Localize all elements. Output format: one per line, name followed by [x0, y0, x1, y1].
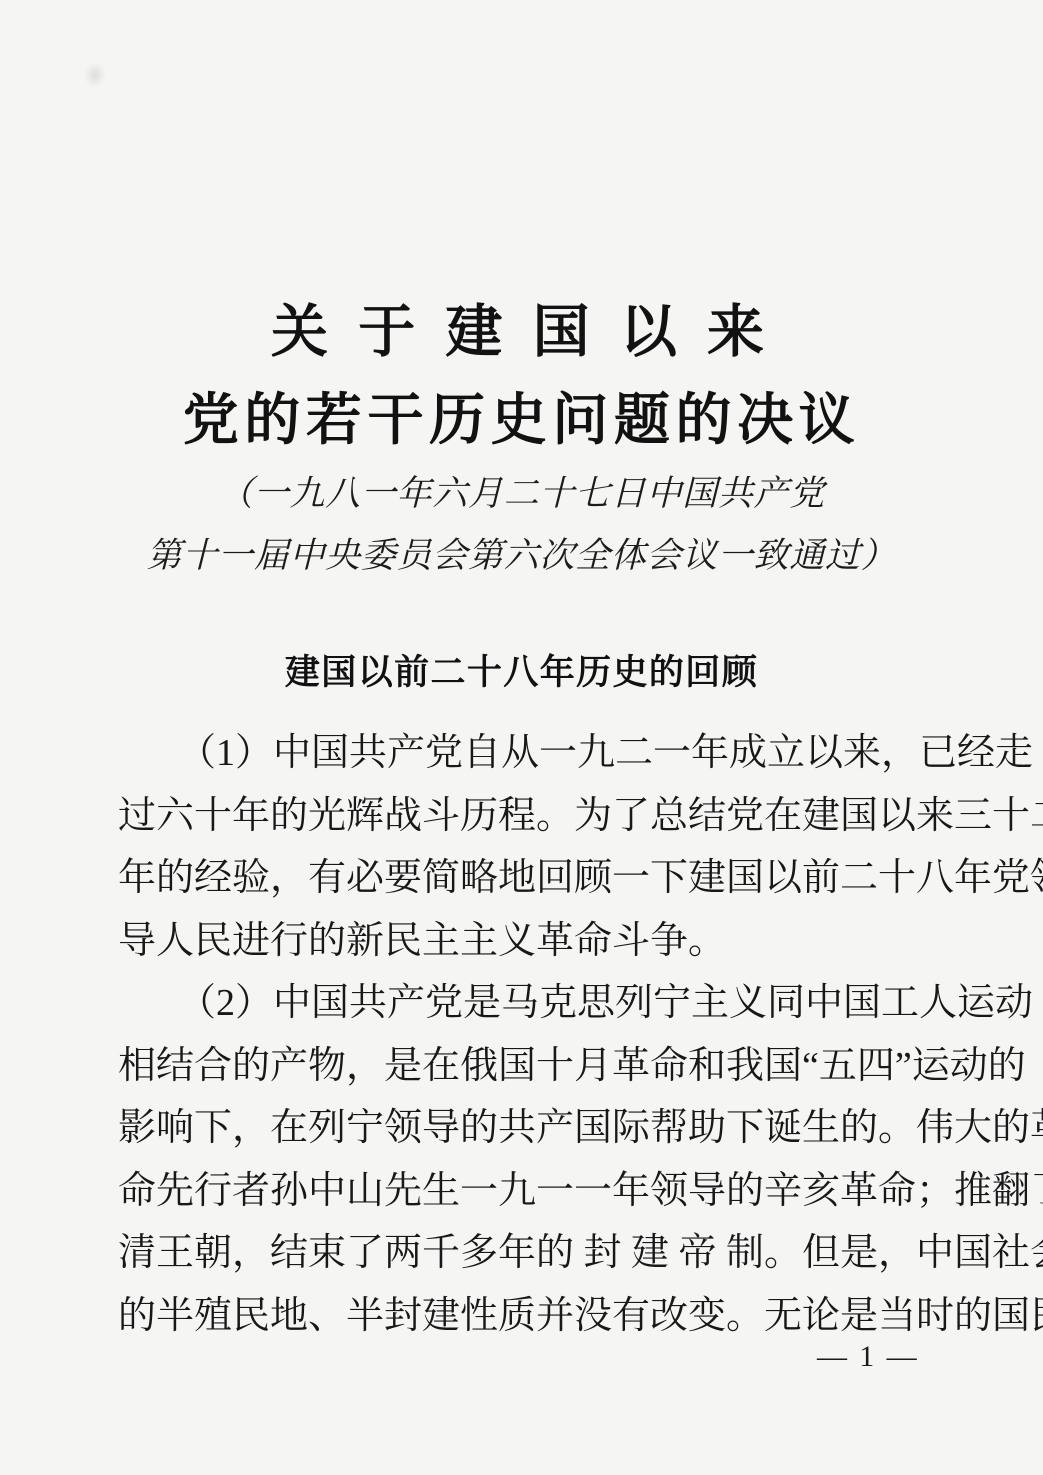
document-subtitle-line-2: 第十一届中央委员会第六次全体会议一致通过）: [0, 528, 1043, 578]
document-page: 关 于 建 国 以 来 党的若干历史问题的决议 （一九八一年六月二十七日中国共产…: [0, 0, 1043, 1475]
paragraph-2-line-2: 相结合的产物，是在俄国十月革命和我国“五四”运动的: [118, 1035, 930, 1098]
document-title-line-1: 关 于 建 国 以 来: [0, 286, 1043, 368]
paragraph-1-line-2: 过六十年的光辉战斗历程。为了总结党在建国以来三十二: [118, 785, 930, 848]
paragraph-1-line-4: 导人民进行的新民主主义革命斗争。: [118, 910, 930, 973]
paragraph-2-line-3: 影响下，在列宁领导的共产国际帮助下诞生的。伟大的革: [118, 1097, 930, 1160]
section-heading: 建国以前二十八年历史的回顾: [0, 645, 1043, 695]
paragraph-2-line-1: （2）中国共产党是马克思列宁主义同中国工人运动: [118, 972, 930, 1035]
paragraph-2-line-6: 的半殖民地、半封建性质并没有改变。无论是当时的国民: [118, 1285, 930, 1348]
paragraph-2-line-4: 命先行者孙中山先生一九一一年领导的辛亥革命；推翻了: [118, 1160, 930, 1223]
body-text-block: （1）中国共产党自从一九二一年成立以来，已经走 过六十年的光辉战斗历程。为了总结…: [118, 722, 930, 1347]
paragraph-1-line-1: （1）中国共产党自从一九二一年成立以来，已经走: [118, 722, 930, 785]
document-subtitle-line-1: （一九八一年六月二十七日中国共产党: [0, 466, 1043, 516]
document-title-line-2: 党的若干历史问题的决议: [0, 376, 1043, 456]
scan-smudge: [84, 62, 106, 88]
paragraph-2-line-5: 清王朝，结束了两千多年的 封 建 帝 制。但是，中国社会: [118, 1222, 930, 1285]
page-number: — 1 —: [817, 1340, 919, 1374]
paragraph-1-line-3: 年的经验，有必要简略地回顾一下建国以前二十八年党领: [118, 847, 930, 910]
